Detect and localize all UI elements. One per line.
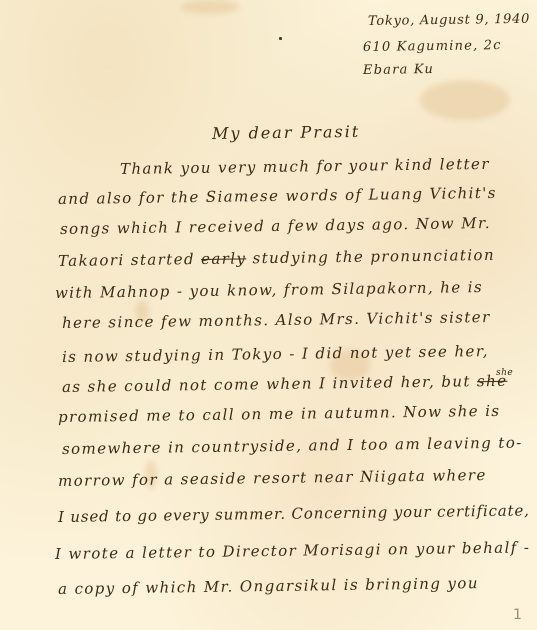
body-line-4-part-1: Takaori started bbox=[58, 250, 201, 270]
salutation: My dear Prasit bbox=[212, 122, 360, 143]
body-line-2: and also for the Siamese words of Luang … bbox=[58, 184, 497, 208]
page-number: 1 bbox=[513, 607, 522, 623]
body-line-3: songs which I received a few days ago. N… bbox=[60, 214, 491, 238]
ink-dot bbox=[279, 37, 282, 40]
body-line-14: a copy of which Mr. Ongarsikul is bringi… bbox=[58, 574, 479, 598]
body-line-11: morrow for a seaside resort near Niigata… bbox=[58, 466, 487, 490]
address-line-1: 610 Kagumine, 2c bbox=[363, 38, 502, 55]
body-line-12: I used to go every summer. Concerning yo… bbox=[58, 501, 530, 526]
body-line-10: somewhere in countryside, and I too am l… bbox=[62, 434, 523, 458]
body-line-1: Thank you very much for your kind letter bbox=[120, 155, 490, 178]
body-line-4-part-2: studying the pronunciation bbox=[246, 246, 495, 267]
body-line-7: is now studying in Tokyo - I did not yet… bbox=[62, 342, 489, 366]
place-date: Tokyo, August 9, 1940 bbox=[368, 12, 530, 29]
body-line-8-text: as she could not come when I invited her… bbox=[62, 372, 477, 396]
body-line-5: with Mahnop - you know, from Silapakorn,… bbox=[55, 278, 483, 302]
inserted-word: she bbox=[496, 368, 513, 378]
paper-stain bbox=[180, 0, 240, 14]
struck-word: early bbox=[201, 249, 247, 268]
body-line-4: Takaori started early studying the pronu… bbox=[58, 246, 495, 270]
letter-page: Tokyo, August 9, 1940 610 Kagumine, 2c E… bbox=[0, 0, 537, 630]
body-line-8: as she could not come when I invited her… bbox=[62, 372, 508, 396]
body-line-9: promised me to call on me in autumn. Now… bbox=[58, 402, 501, 426]
paper-stain bbox=[420, 80, 510, 120]
body-line-6: here since few months. Also Mrs. Vichit'… bbox=[62, 308, 491, 332]
address-line-2: Ebara Ku bbox=[363, 62, 434, 78]
body-line-13: I wrote a letter to Director Morisagi on… bbox=[55, 538, 531, 563]
